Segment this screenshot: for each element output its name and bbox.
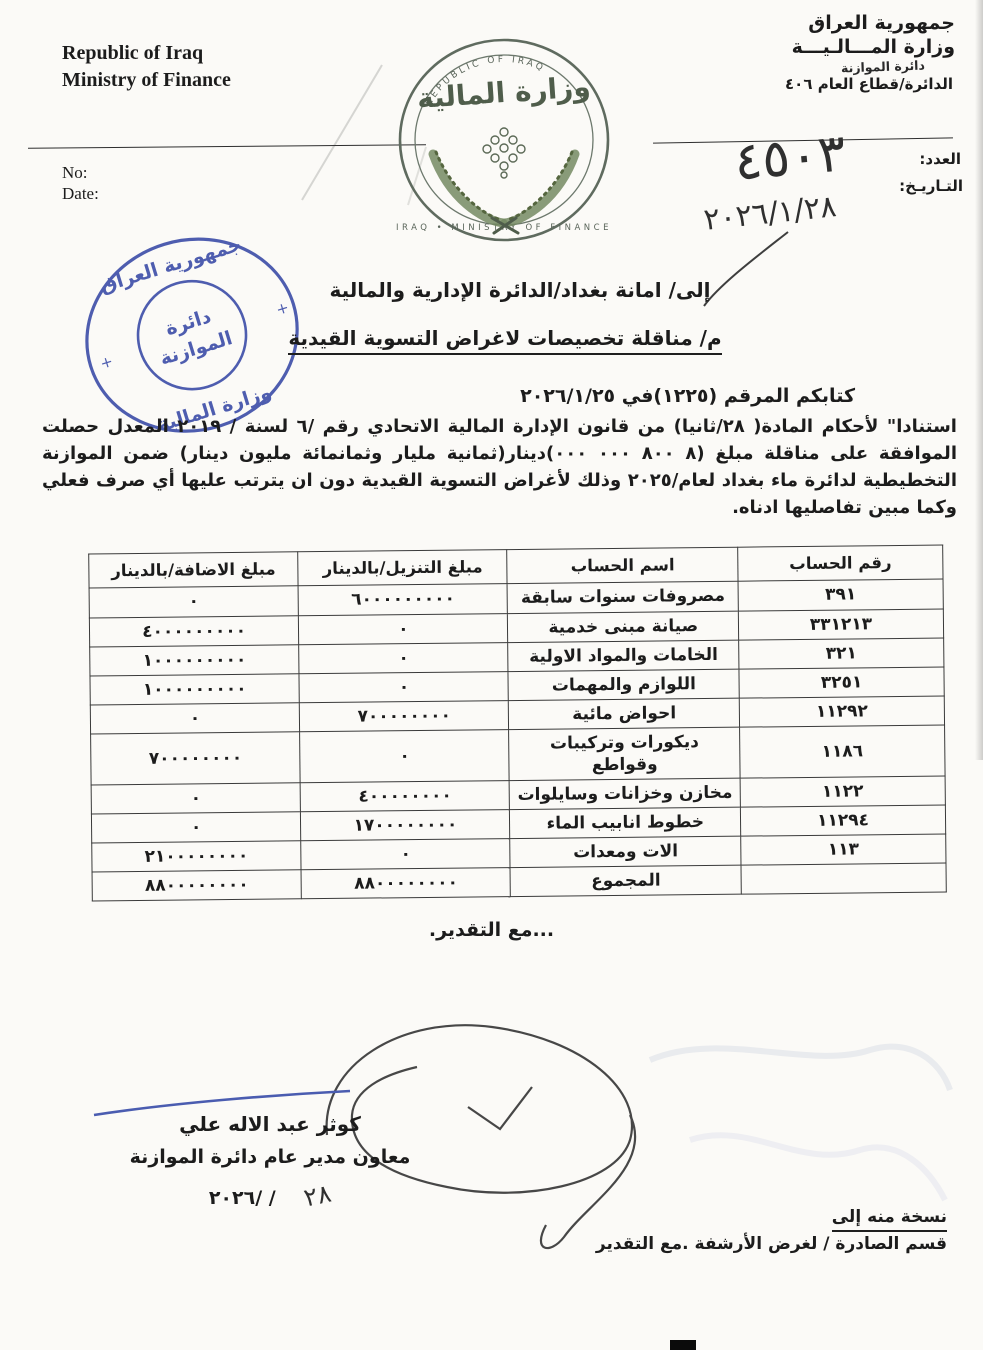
copy-to-line: قسم الصادرة / لغرض الأرشفة .مع التقدير (596, 1234, 947, 1254)
allocations-table-wrapper: رقم الحساب اسم الحساب مبلغ التنزيل/بالدي… (88, 545, 947, 902)
addition-amount-cell: ١٠٠٠٠٠٠٠٠٠ (90, 674, 300, 705)
addition-amount-cell: ٠ (89, 586, 299, 617)
country-name-ar: جمهورية العراق (808, 12, 955, 34)
scan-black-mark (670, 1340, 696, 1350)
addition-amount-cell: ٧٠٠٠٠٠٠٠٠ (91, 732, 301, 785)
account-number-cell: ١١٨٦ (740, 725, 945, 778)
no-label: No: (62, 163, 88, 183)
account-name-cell: الخامات والمواد الاولية (508, 640, 739, 672)
copy-to-label-text: نسخة منه إلى (832, 1207, 947, 1232)
account-number-cell: ١١٢٩٤ (740, 805, 945, 836)
stamp-left-ornament: + (98, 352, 115, 373)
ministry-name-ar: وزارة المـــالـيـــة (792, 36, 955, 58)
budget-department-line: دائرة الموازنة (841, 58, 925, 76)
account-name-cell: ديكورات وتركيبات وقواطع (509, 727, 740, 781)
date-label-en: Date: (62, 184, 99, 204)
header-account-number: رقم الحساب (738, 545, 943, 582)
withdrawal-amount-cell: ٧٠٠٠٠٠٠٠٠ (300, 700, 510, 731)
account-name-cell: صيانة مبنى خدمية (508, 611, 739, 643)
subject-text: م/ مناقلة تخصيصات لاغراض التسوية القيدية (288, 326, 721, 355)
public-sector-line: الدائرة/قطاع العام ٤٠٦ (785, 75, 953, 93)
scan-edge-shadow (975, 0, 983, 760)
country-name-en: Republic of Iraq (62, 40, 231, 67)
account-number-cell: ٣٢١ (739, 638, 944, 669)
account-name-cell: مصروفات سنوات سابقة (508, 582, 739, 614)
account-number-cell: ٣٣١٢١٣ (738, 609, 943, 640)
addition-amount-cell: ٠ (91, 812, 301, 843)
account-number-cell: ٣٢٥١ (739, 667, 944, 698)
account-number-cell: ١١٢٩٢ (739, 696, 944, 727)
addition-amount-cell: ٨٨٠٠٠٠٠٠٠٠ (92, 870, 302, 901)
withdrawal-amount-cell: ٠ (300, 729, 510, 782)
body-paragraph: استنادا" لأحكام المادة( ٢٨/ثانيا) من قان… (42, 413, 957, 521)
withdrawal-amount-cell: ٦٠٠٠٠٠٠٠٠٠ (298, 584, 508, 615)
withdrawal-amount-cell: ٠ (301, 839, 511, 870)
reference-line: كتابكم المرقم (١٢٢٥)في ٢٠٢٦/١/٢٥ (520, 385, 855, 407)
account-name-cell: مخازن وخزانات وسايلوات (510, 778, 741, 810)
header-withdrawal-amount: مبلغ التنزيل/بالدينار (298, 550, 508, 587)
account-number-cell: ٣٩١ (738, 579, 943, 610)
account-number-cell: ١١٣ (741, 834, 946, 865)
signature-date-printed: ٢٠٢٦/ / (209, 1187, 276, 1209)
copy-to-label: نسخة منه إلى (832, 1207, 947, 1227)
withdrawal-amount-cell: ٠ (299, 642, 509, 673)
account-number-cell: ١١٢٢ (740, 776, 945, 807)
subject-line: م/ مناقلة تخصيصات لاغراض التسوية القيدية (135, 326, 875, 350)
account-name-cell: اللوازم والمهمات (508, 669, 739, 701)
addition-amount-cell: ٤٠٠٠٠٠٠٠٠٠ (89, 615, 299, 646)
withdrawal-amount-cell: ٠ (299, 613, 509, 644)
withdrawal-amount-cell: ٠ (299, 671, 509, 702)
account-name-cell: خطوط انابيب الماء (510, 807, 741, 839)
signatory-name: كوثر عبد الاله علي (60, 1112, 480, 1136)
addition-amount-cell: ٢١٠٠٠٠٠٠٠٠ (92, 841, 302, 872)
allocations-table: رقم الحساب اسم الحساب مبلغ التنزيل/بالدي… (88, 545, 947, 902)
ministry-of-finance-emblem-icon: REPUBLIC OF IRAQ IRAQ • MINISTRY OF FINA… (395, 36, 613, 244)
closing-line: ...مع التقدير. (0, 919, 983, 941)
withdrawal-amount-cell: ٨٨٠٠٠٠٠٠٠٠ (301, 868, 511, 899)
signatory-title: معاون مدير عام دائرة الموازنة (50, 1146, 490, 1168)
account-name-cell: المجموع (510, 866, 741, 898)
account-name-cell: احواض مائية (509, 698, 740, 730)
addition-amount-cell: ٠ (90, 703, 300, 734)
emblem-wheat-wreath (433, 152, 575, 233)
account-name-cell: الات ومعدات (510, 836, 741, 868)
ministry-name-en: Ministry of Finance (62, 67, 231, 94)
english-letterhead: Republic of Iraq Ministry of Finance (62, 40, 231, 94)
withdrawal-amount-cell: ١٧٠٠٠٠٠٠٠٠ (301, 810, 511, 841)
scanned-letter-page: Republic of Iraq Ministry of Finance No:… (0, 0, 983, 1350)
table-row: ١١٨٦ديكورات وتركيبات وقواطع٠٧٠٠٠٠٠٠٠٠ (91, 725, 945, 785)
signature-date-handwritten-day: ٢٨ (302, 1179, 334, 1213)
header-addition-amount: مبلغ الاضافة/بالدينار (89, 552, 299, 589)
account-number-cell (741, 863, 946, 894)
emblem-ornament-cluster (483, 128, 525, 178)
to-line: إلى/ امانة بغداد/الدائرة الإدارية والمال… (150, 278, 890, 302)
withdrawal-amount-cell: ٤٠٠٠٠٠٠٠٠ (300, 781, 510, 812)
emblem-calligraphy: وزارة المالية (416, 70, 592, 115)
table-body: ٣٩١مصروفات سنوات سابقة٦٠٠٠٠٠٠٠٠٠٠٣٣١٢١٣ص… (89, 579, 946, 901)
addition-amount-cell: ١٠٠٠٠٠٠٠٠٠ (90, 644, 300, 675)
header-account-name: اسم الحساب (507, 547, 738, 584)
addition-amount-cell: ٠ (91, 783, 301, 814)
signature-date-line: ٢٠٢٦/ / ٢٨ (60, 1181, 480, 1210)
